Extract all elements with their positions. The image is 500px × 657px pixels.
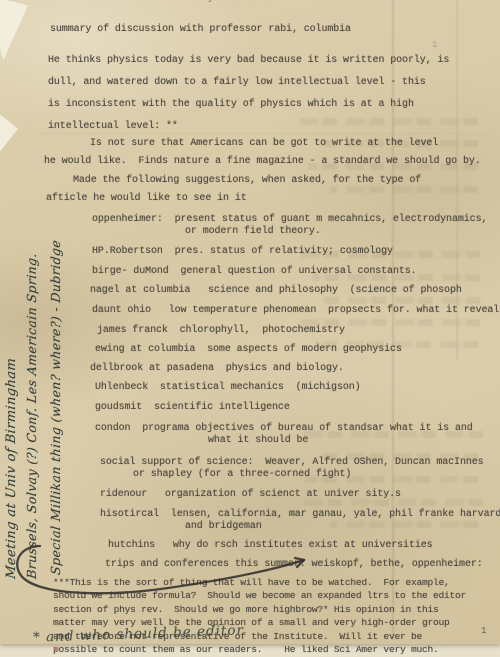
list-item-franck: james franck chlorophyll, photochemistry	[97, 325, 345, 336]
typed-line: intellectual level: **	[48, 116, 449, 138]
paragraph-rabi-opinion: He thinks physics today is very bad beca…	[48, 50, 449, 138]
list-item-ewing: ewing at columbia some aspects of modern…	[95, 344, 402, 355]
typed-line: is inconsistent with the quality of phys…	[48, 94, 449, 116]
typed-line: Made the following suggestions, when ask…	[73, 175, 421, 186]
scanned-document: may 25th 1948 summary of discussion with…	[0, 0, 500, 657]
page-number: 1	[481, 626, 486, 636]
typed-line: dull, and watered down to a fairly low i…	[48, 72, 449, 94]
list-item-robertson: HP.Robertson pres. status of relativity;…	[92, 246, 393, 257]
red-speck	[54, 647, 59, 651]
document-title: summary of discussion with professor rab…	[50, 24, 351, 35]
list-item-dellbrook: dellbrook at pasadena physics and biolog…	[90, 363, 344, 374]
margin-note-millikan-dubridge: Special Millikan thing (when? where?) - …	[48, 239, 63, 576]
handwritten-arrow	[8, 538, 328, 608]
list-item-wrap: or shapley (for a three-corned fight)	[133, 469, 351, 480]
typed-line: afticle he would like to see in it	[46, 193, 247, 204]
list-item-goudsmit: goudsmit scientific intelligence	[95, 402, 290, 413]
list-item-social-support: social support of science: Weaver, Alfre…	[100, 457, 484, 468]
list-item-daunt: daunt ohio low temperature phenomean pro…	[92, 305, 500, 316]
bleed-through-line	[330, 521, 478, 528]
typed-line: he would like. Finds nature a fine magaz…	[44, 156, 481, 167]
typed-line: Is not sure that Americans can be got to…	[90, 138, 438, 149]
cutoff-date-line: may 25th 1948	[196, 0, 273, 4]
torn-corner-mark	[0, 0, 28, 60]
list-item-condon: condon programa objectives of bureau of …	[95, 423, 473, 434]
list-item-nagel: nagel at columbia science and philosophy…	[90, 285, 462, 296]
typed-line: possible to count them as our readers. H…	[53, 643, 466, 656]
list-item-wrap: and bridgeman	[185, 521, 262, 532]
margin-note-solvay: Brussels, Solvay (?) Conf. Les Americain…	[24, 252, 39, 579]
faint-mark: 1	[432, 40, 437, 50]
list-item-wrap: what it should be	[208, 435, 308, 446]
list-item-ridenour: ridenour organization of scienct at univ…	[100, 489, 401, 500]
list-item-uhlenbeck: Uhlenbeck statistical mechanics (michigs…	[95, 382, 361, 393]
list-item-wrap: or modern field theory.	[185, 226, 321, 237]
typed-line: He thinks physics today is very bad beca…	[48, 50, 449, 72]
list-item-birge-dumond: birge- duMond general question of univer…	[92, 266, 417, 277]
list-item-historical: hisotircal lensen, california, mar ganau…	[100, 509, 500, 520]
torn-corner-mark	[0, 108, 18, 154]
list-item-oppenheimer: oppenheimer: present status of guant m m…	[92, 214, 487, 225]
paper-sheet: may 25th 1948 summary of discussion with…	[0, 0, 500, 644]
